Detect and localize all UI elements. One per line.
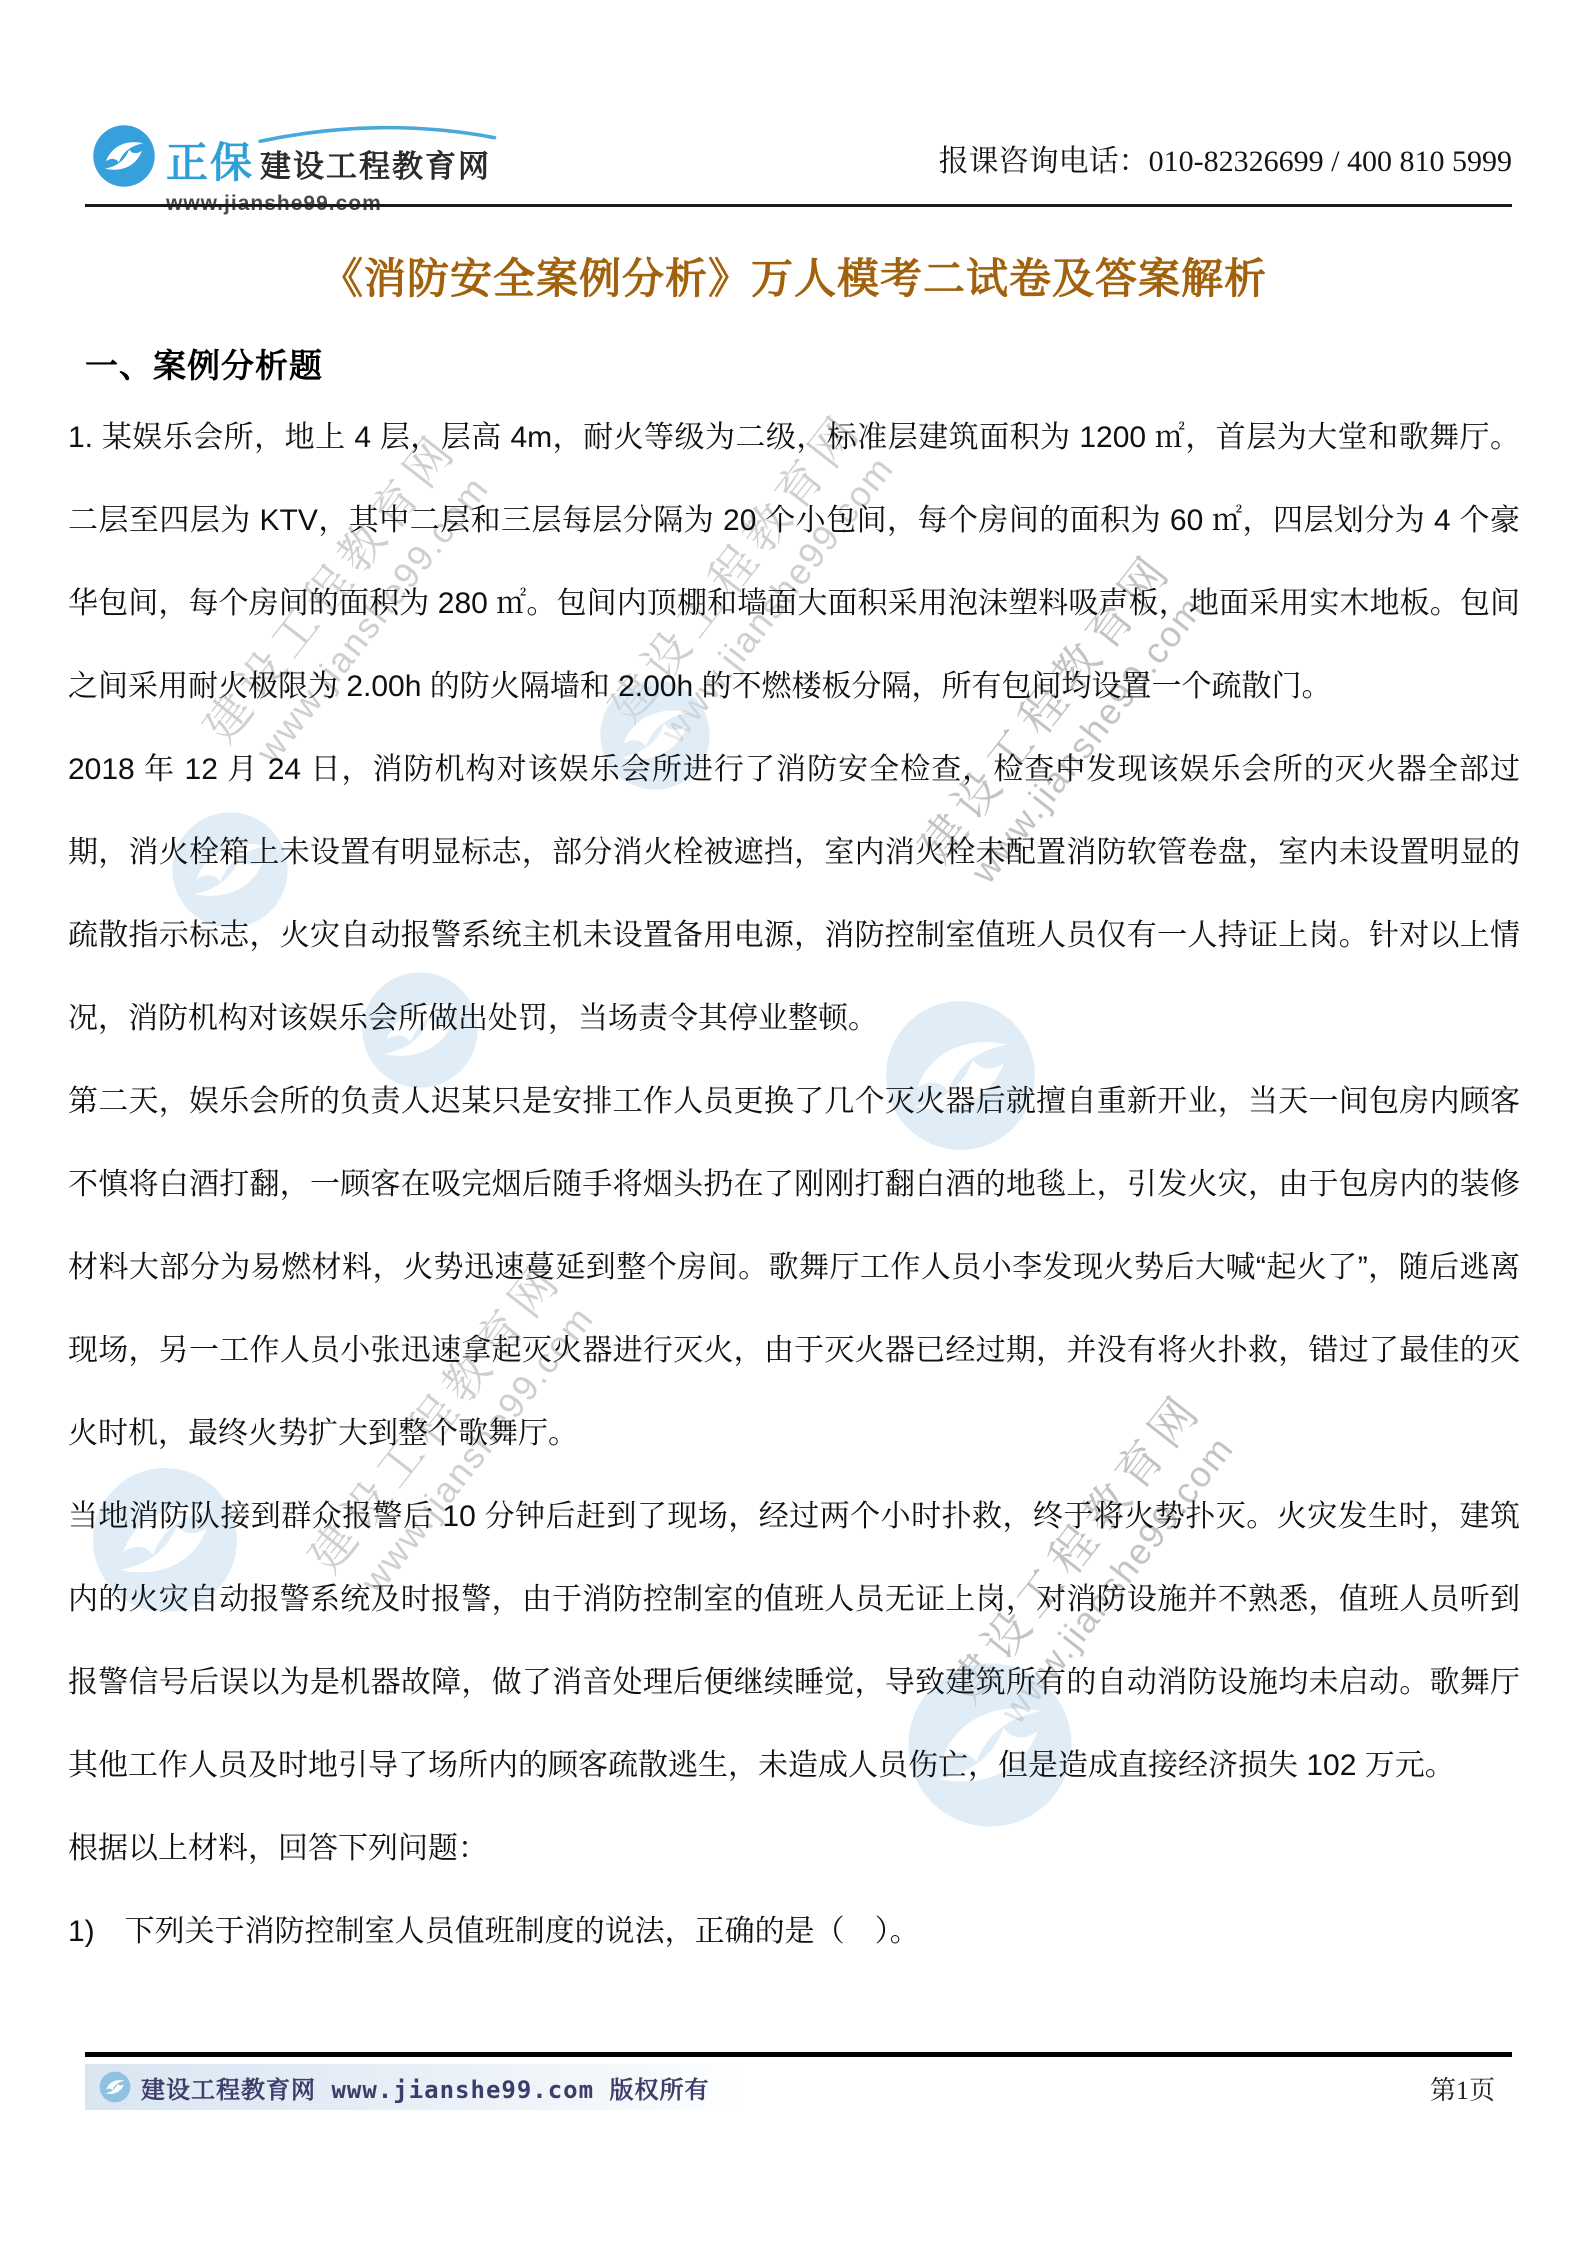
body-text: 1. 某娱乐会所，地上 4 层，层高 4m，耐火等级为二级，标准层建筑面积为 1… xyxy=(68,396,1520,1973)
footer-divider xyxy=(85,2052,1512,2057)
paragraph: 1) 下列关于消防控制室人员值班制度的说法，正确的是（ ）。 xyxy=(68,1890,1520,1973)
document-page: 建设工程教育网 www.jianshe99.com 建设工程教育网 www.ji… xyxy=(0,0,1587,2245)
paragraph: 当地消防队接到群众报警后 10 分钟后赶到了现场，经过两个小时扑救，终于将火势扑… xyxy=(68,1475,1520,1807)
paragraph: 第二天，娱乐会所的负责人迟某只是安排工作人员更换了几个灭火器后就擅自重新开业，当… xyxy=(68,1060,1520,1475)
brand-cn: 正保 xyxy=(166,130,254,190)
paragraph: 根据以上材料，回答下列问题： xyxy=(68,1807,1520,1890)
page-number: 第1页 xyxy=(1430,2070,1495,2107)
brand-name: 建设工程教育网 xyxy=(260,141,491,186)
logo-circle-icon xyxy=(92,124,156,188)
footer-bar: 建设工程教育网 www.jianshe99.com 版权所有 xyxy=(85,2064,750,2110)
header-divider xyxy=(85,204,1512,207)
header-logo: 正保 建设工程教育网 www.jianshe99.com xyxy=(92,124,491,216)
brand-arc-icon xyxy=(256,125,499,143)
page-content: 正保 建设工程教育网 www.jianshe99.com 报课咨询电话：010-… xyxy=(0,0,1587,2245)
section-heading: 一、案例分析题 xyxy=(85,340,323,387)
page-title: 《消防安全案例分析》万人模考二试卷及答案解析 xyxy=(68,246,1520,306)
paragraph: 2018 年 12 月 24 日，消防机构对该娱乐会所进行了消防安全检查，检查中… xyxy=(68,728,1520,1060)
paragraph: 1. 某娱乐会所，地上 4 层，层高 4m，耐火等级为二级，标准层建筑面积为 1… xyxy=(68,396,1520,728)
phone-line: 报课咨询电话：010-82326699 / 400 810 5999 xyxy=(939,136,1512,180)
footer-logo-icon xyxy=(99,2071,131,2103)
footer-copyright: 建设工程教育网 www.jianshe99.com 版权所有 xyxy=(141,2070,710,2105)
logo-text: 正保 建设工程教育网 www.jianshe99.com xyxy=(166,124,491,216)
